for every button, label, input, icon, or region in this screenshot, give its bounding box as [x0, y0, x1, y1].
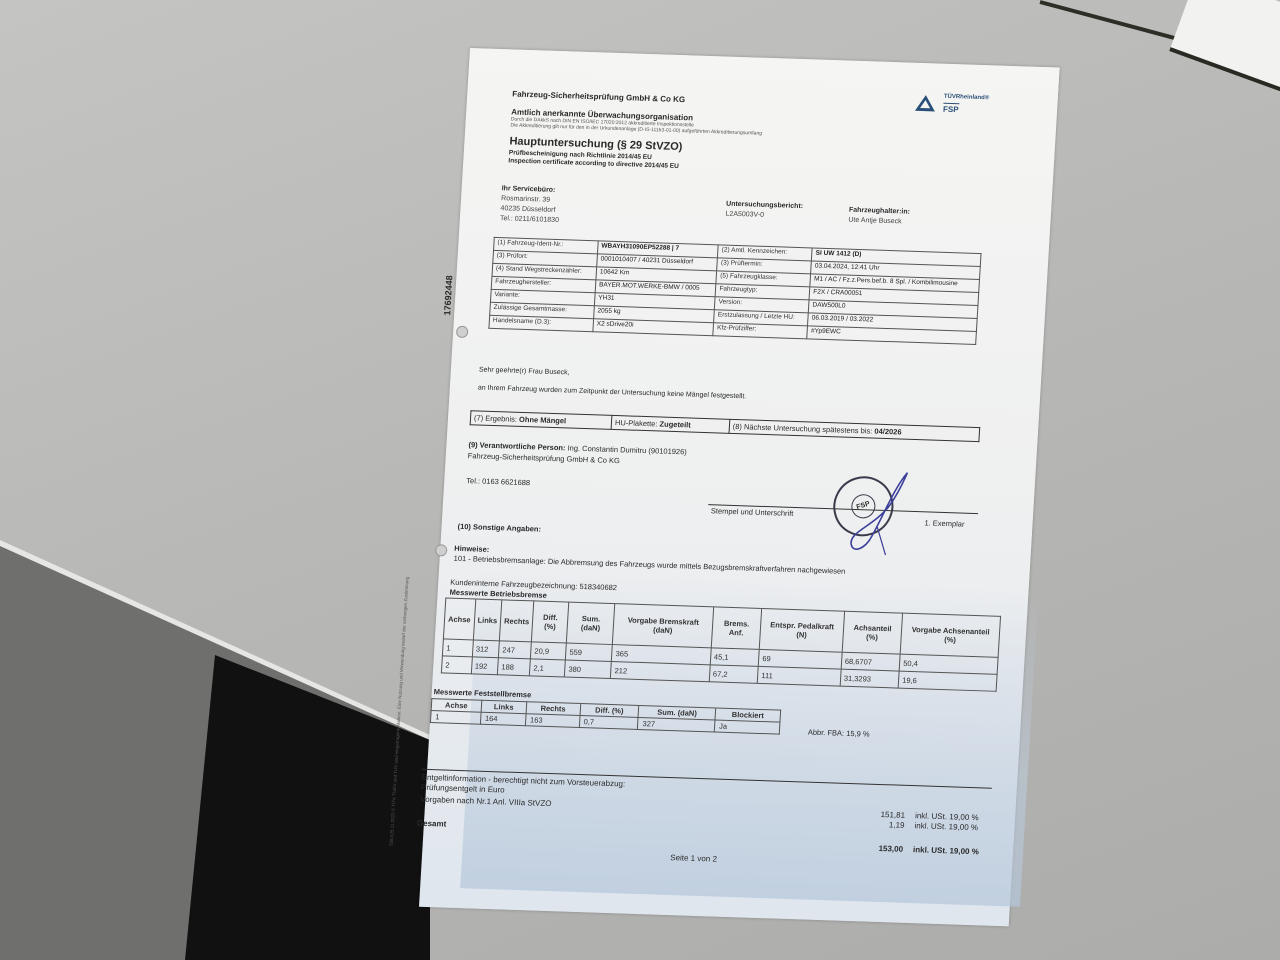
table-cell: 20,9 [530, 642, 566, 660]
column-header: Sum. (daN) [567, 602, 616, 644]
parking-brake-title: Messwerte Feststellbremse [433, 687, 531, 699]
table-cell: 67,2 [709, 665, 758, 684]
total-tax: inkl. USt. 19,00 % [913, 845, 979, 856]
l-label: Handelsname (D.3): [489, 315, 594, 331]
service-office-label: Ihr Servicebüro: [501, 185, 555, 194]
table-cell: 312 [472, 640, 500, 658]
total-label: Gesamt [417, 819, 447, 829]
table-cell: 45,1 [710, 648, 759, 667]
signature-label: Stempel und Unterschrift [711, 506, 794, 518]
column-header: Links [473, 599, 502, 641]
report-label: Untersuchungsbericht: [726, 201, 803, 211]
fee-tax-2: inkl. USt. 19,00 % [914, 821, 978, 832]
owner-name: Ute Antje Buseck [848, 217, 902, 226]
punch-hole-icon [456, 326, 469, 338]
table-cell: 0,7 [579, 715, 639, 729]
next-inspection-value: 04/2026 [874, 427, 902, 437]
table-cell: 559 [565, 643, 612, 662]
table-cell: 188 [497, 658, 530, 676]
tuv-triangle-icon [915, 95, 936, 112]
fee-basis: Vorgaben nach Nr.1 Anl. VIIIa StVZO [420, 795, 552, 808]
table-cell: 380 [564, 660, 611, 679]
subtitle-english: Inspection certificate according to dire… [508, 157, 679, 170]
r-label: Kfz-Prüfziffer: [713, 323, 808, 339]
table-cell: Ja [714, 720, 780, 734]
inspection-certificate: Fahrzeug-Sicherheitsprüfung GmbH & Co KG… [419, 48, 1060, 926]
table-cell: 1 [442, 639, 473, 657]
result-value: Ohne Mängel [519, 415, 567, 426]
service-office-street: Rosmarinstr. 39 [501, 195, 550, 204]
handwritten-signature-icon [840, 466, 915, 558]
service-brake-table: AchseLinksRechtsDiff. (%)Sum. (daN)Vorga… [441, 597, 1001, 691]
column-header: Achsanteil (%) [842, 611, 903, 654]
responsible-phone: Tel.: 0163 6621688 [466, 476, 530, 487]
table-cell: 2 [441, 656, 472, 674]
column-header: Entspr. Pedalkraft (N) [759, 608, 844, 652]
punch-hole-icon [435, 544, 448, 556]
vehicle-data-table: (1) Fahrzeug-Ident-Nr.:WBAYH31090EP52288… [488, 237, 981, 345]
service-office-city: 40235 Düsseldorf [500, 205, 555, 214]
other-info-label: (10) Sonstige Angaben: [457, 522, 541, 534]
table-cell: 2,1 [529, 659, 565, 677]
table-cell: 1 [430, 711, 480, 725]
table-cell: 247 [498, 641, 531, 659]
fee-currency: Prüfungsentgelt in Euro [421, 783, 505, 795]
owner-label: Fahrzeughalter:in: [849, 207, 910, 216]
notes-text: 101 - Betriebsbremsanlage: Die Abbremsun… [453, 554, 845, 576]
column-header: Achse [443, 598, 475, 640]
column-header: Vorgabe Bremskraft (daN) [613, 604, 714, 648]
service-office-phone: Tel.: 0211/6101830 [500, 215, 559, 224]
parking-brake-table: AchseLinksRechtsDiff. (%)Sum. (daN)Block… [430, 698, 781, 735]
table-cell: 19,6 [898, 671, 997, 691]
table-cell: 327 [638, 717, 715, 732]
column-header: Rechts [499, 600, 533, 642]
table-cell: 111 [757, 666, 840, 686]
column-header: Vorgabe Achsenanteil (%) [900, 613, 1000, 657]
table-cell: 163 [525, 714, 579, 728]
result-cell: (7) Ergebnis: Ohne Mängel [470, 411, 612, 430]
company-name: Fahrzeug-Sicherheitsprüfung GmbH & Co KG [512, 89, 685, 104]
plakette-value: Zugeteilt [659, 419, 691, 429]
result-box: (7) Ergebnis: Ohne Mängel HU-Plakette: Z… [470, 410, 981, 442]
table-cell: 164 [480, 712, 526, 725]
total-amount: 153,00 [843, 843, 904, 854]
tuv-fsp-logo: TÜVRheinland® FSP [915, 93, 996, 120]
copy-label: 1. Exemplar [924, 518, 965, 528]
fee-amount-2: 1,19 [844, 819, 905, 830]
table-cell: 192 [471, 657, 499, 675]
parking-brake-deceleration: Abbr. FBA: 15,9 % [808, 728, 870, 739]
greeting: Sehr geehrte(r) Frau Buseck, [479, 366, 570, 376]
table-cell: 68,6707 [841, 652, 900, 671]
report-number: L2A5003V-0 [725, 211, 764, 219]
column-header: Diff. (%) [531, 601, 568, 643]
l-value: X2 sDrive20i [593, 319, 714, 336]
column-header: Brems. Anf. [711, 607, 762, 650]
result-message: an Ihrem Fahrzeug wurden zum Zeitpunkt d… [478, 384, 747, 400]
table-cell: 31,3293 [840, 669, 899, 688]
next-inspection-cell: (8) Nächste Untersuchung spätestens bis:… [729, 419, 980, 441]
notes-label: Hinweise: [454, 544, 490, 554]
plakette-cell: HU-Plakette: Zugeteilt [611, 415, 730, 433]
page-number: Seite 1 von 2 [670, 853, 717, 864]
table-cell: 212 [611, 662, 710, 682]
